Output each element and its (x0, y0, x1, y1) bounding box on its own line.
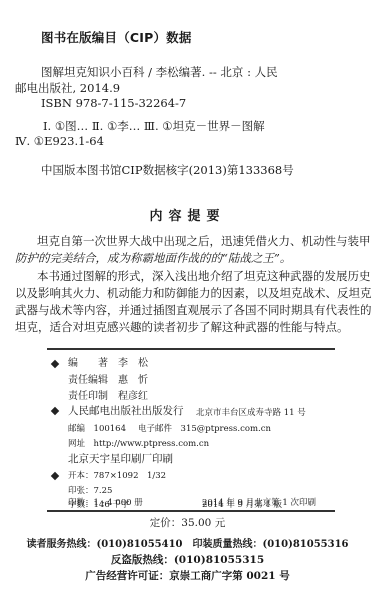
publisher-postcode: 邮编 100164 (68, 422, 126, 434)
spec-printing: 2014 年 9 月北京第 1 次印刷 (202, 496, 316, 508)
ad-license: 广告经营许可证：京崇工商广字第 0021 号 (0, 568, 375, 583)
publisher-email: 电子邮件 315@ptpress.com.cn (138, 422, 271, 434)
publisher-name: 人民邮电出版社出版发行 (52, 403, 184, 418)
spec-copies: 印数：1 - 4 000 册 (68, 496, 143, 508)
credit-print: 责任印制 程彦红 (68, 387, 148, 402)
cip-classification-1: Ⅰ. ①图… Ⅱ. ①李… Ⅲ. ①坦克－世界－图解 (43, 118, 265, 134)
cip-book-title-line: 图解坦克知识小百科 / 李松编著. -- 北京 : 人民 (41, 64, 278, 80)
cip-publisher-line: 邮电出版社, 2014.9 (15, 80, 120, 96)
bottom-divider (47, 510, 335, 512)
cip-number: 中国版本图书馆CIP数据核字(2013)第133368号 (41, 162, 294, 178)
spec-format: 开本：787×1092 1/32 (52, 469, 166, 481)
price: 定价：35.00 元 (0, 515, 375, 530)
summary-line: 防护的完美结合，成为称霸地面作战的的“陆战之王”。 (15, 250, 291, 266)
cip-classification-2: Ⅳ. ①E923.1-64 (15, 134, 104, 148)
credit-editor: 责任编辑 惠 忻 (68, 371, 148, 386)
cip-isbn: ISBN 978-7-115-32264-7 (41, 96, 186, 110)
printer-name: 北京天宇星印刷厂印刷 (68, 451, 173, 466)
summary-line: 本书通过图解的形式，深入浅出地介绍了坦克这种武器的发展历史 (37, 268, 371, 284)
diamond-bullet-icon (51, 407, 59, 415)
spec-sheets: 印张：7.25 (68, 484, 112, 496)
summary-title: 内容提要 (0, 205, 375, 224)
hotline-antipiracy: 反盗版热线：(010)81055315 (0, 552, 375, 567)
summary-line: 坦克自第一次世界大战中出现之后，迅速凭借火力、机动性与装甲 (37, 233, 371, 249)
summary-line: 武器与战术等内容，并通过插图直观展示了各国不同时期具有代表性的 (15, 302, 372, 318)
cip-title: 图书在版编目（CIP）数据 (41, 28, 192, 46)
diamond-bullet-icon (51, 359, 59, 367)
summary-line: 以及影响其火力、机动能力和防御能力的因素，以及坦克战术、反坦克 (15, 285, 372, 301)
credit-author: 编 著 李 松 (52, 354, 148, 369)
top-divider (47, 348, 335, 350)
publisher-website: 网址 http://www.ptpress.com.cn (68, 437, 209, 449)
publisher-address: 北京市丰台区成寿寺路 11 号 (196, 406, 306, 418)
diamond-bullet-icon (51, 471, 59, 479)
hotline-service: 读者服务热线：(010)81055410 印装质量热线：(010)8105531… (0, 535, 375, 550)
summary-line: 坦克，适合对坦克感兴趣的读者初步了解这种武器的性能与特点。 (15, 319, 349, 335)
